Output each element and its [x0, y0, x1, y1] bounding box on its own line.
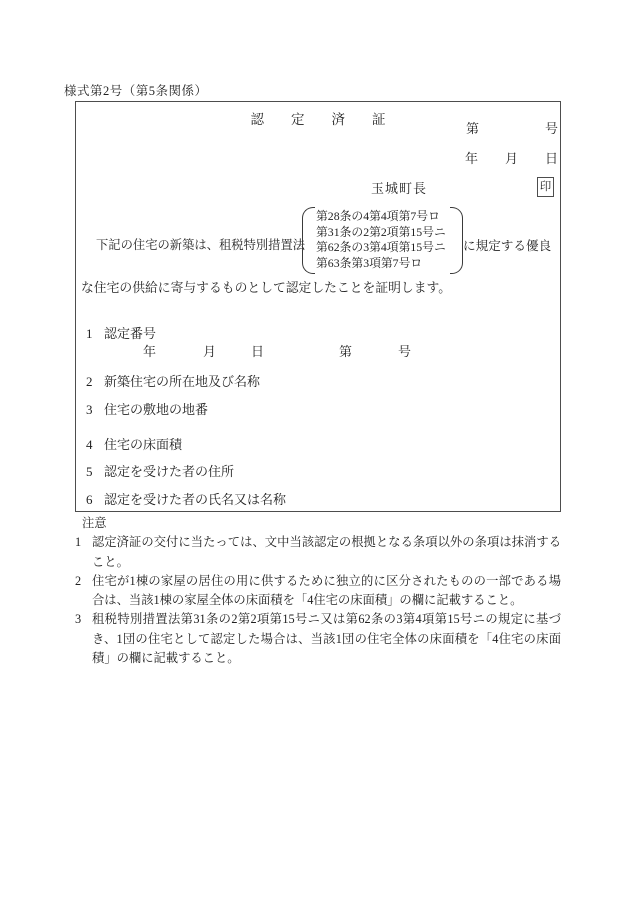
- date-month-label: 月: [505, 151, 518, 166]
- field-label: 住宅の敷地の地番: [104, 402, 208, 417]
- issuer-name: 玉城町長: [371, 178, 427, 197]
- note-number: 1: [73, 533, 92, 572]
- field-certification-number: 1認定番号: [86, 323, 156, 342]
- certificate-number-line: 第号: [466, 118, 558, 137]
- body-second-line: な住宅の供給に寄与するものとして認定したことを証明します。: [81, 277, 451, 296]
- subline-month-label: 月: [203, 341, 216, 360]
- number-prefix-label: 第: [466, 121, 479, 136]
- field-certified-person-name: 6認定を受けた者の氏名又は名称: [86, 489, 286, 508]
- body-after-bracket-text: に規定する優良: [463, 235, 551, 254]
- clause-line: 第63条第3項第7号ロ: [316, 256, 446, 272]
- field-lot-number: 3住宅の敷地の地番: [86, 399, 208, 418]
- clause-list: 第28条の4第4項第7号ロ 第31条の2第2項第15号ニ 第62条の3第4項第1…: [316, 209, 446, 271]
- seal-box: 印: [537, 177, 554, 197]
- clause-line: 第31条の2第2項第15号ニ: [316, 225, 446, 241]
- date-year-label: 年: [465, 151, 478, 166]
- field-number: 6: [86, 492, 104, 508]
- note-number: 2: [73, 572, 92, 611]
- field-house-location-name: 2新築住宅の所在地及び名称: [86, 371, 260, 390]
- field-number: 5: [86, 464, 104, 480]
- clause-line: 第62条の3第4項第15号ニ: [316, 240, 446, 256]
- clause-line: 第28条の4第4項第7号ロ: [316, 209, 446, 225]
- note-number: 3: [73, 610, 92, 668]
- field-number: 1: [86, 326, 104, 342]
- notes-heading: 注意: [82, 514, 565, 533]
- field-label: 認定を受けた者の氏名又は名称: [104, 492, 286, 507]
- field-label: 住宅の床面積: [104, 437, 182, 452]
- notes-section: 注意 1 認定済証の交付に当たっては、文中当該認定の根拠となる条項以外の条項は抹…: [73, 514, 565, 668]
- note-item: 3 租税特別措置法第31条の2第2項第15号ニ又は第62条の3第4項第15号ニの…: [73, 610, 565, 668]
- subline-number-suffix: 号: [398, 341, 411, 360]
- note-text: 認定済証の交付に当たっては、文中当該認定の根拠となる条項以外の条項は抹消すること…: [92, 533, 561, 572]
- left-bracket: [302, 207, 315, 274]
- note-item: 1 認定済証の交付に当たっては、文中当該認定の根拠となる条項以外の条項は抹消する…: [73, 533, 565, 572]
- field-label: 認定を受けた者の住所: [104, 464, 234, 479]
- note-item: 2 住宅が1棟の家屋の居住の用に供するために独立的に区分されたものの一部である場…: [73, 572, 565, 611]
- field-label: 認定番号: [104, 326, 156, 341]
- right-bracket: [450, 207, 463, 274]
- certificate-date-line: 年月日: [465, 148, 558, 167]
- field-floor-area: 4住宅の床面積: [86, 434, 182, 453]
- subline-number-prefix: 第: [339, 341, 352, 360]
- note-text: 租税特別措置法第31条の2第2項第15号ニ又は第62条の3第4項第15号ニの規定…: [92, 610, 561, 668]
- note-text: 住宅が1棟の家屋の居住の用に供するために独立的に区分されたものの一部である場合は…: [92, 572, 561, 611]
- field-label: 新築住宅の所在地及び名称: [104, 374, 260, 389]
- date-day-label: 日: [545, 151, 558, 166]
- number-suffix-label: 号: [545, 121, 558, 136]
- field-number: 4: [86, 437, 104, 453]
- subline-day-label: 日: [251, 341, 264, 360]
- form-number-label: 様式第2号（第5条関係）: [64, 81, 208, 99]
- certificate-box: 認定済証 第号 年月日 玉城町長 印 下記の住宅の新築は、租税特別措置法 第28…: [75, 101, 561, 512]
- field-certified-person-address: 5認定を受けた者の住所: [86, 461, 234, 480]
- field-number: 2: [86, 374, 104, 390]
- subline-year-label: 年: [143, 341, 156, 360]
- body-lead-text: 下記の住宅の新築は、租税特別措置法: [96, 235, 305, 253]
- field-number: 3: [86, 402, 104, 418]
